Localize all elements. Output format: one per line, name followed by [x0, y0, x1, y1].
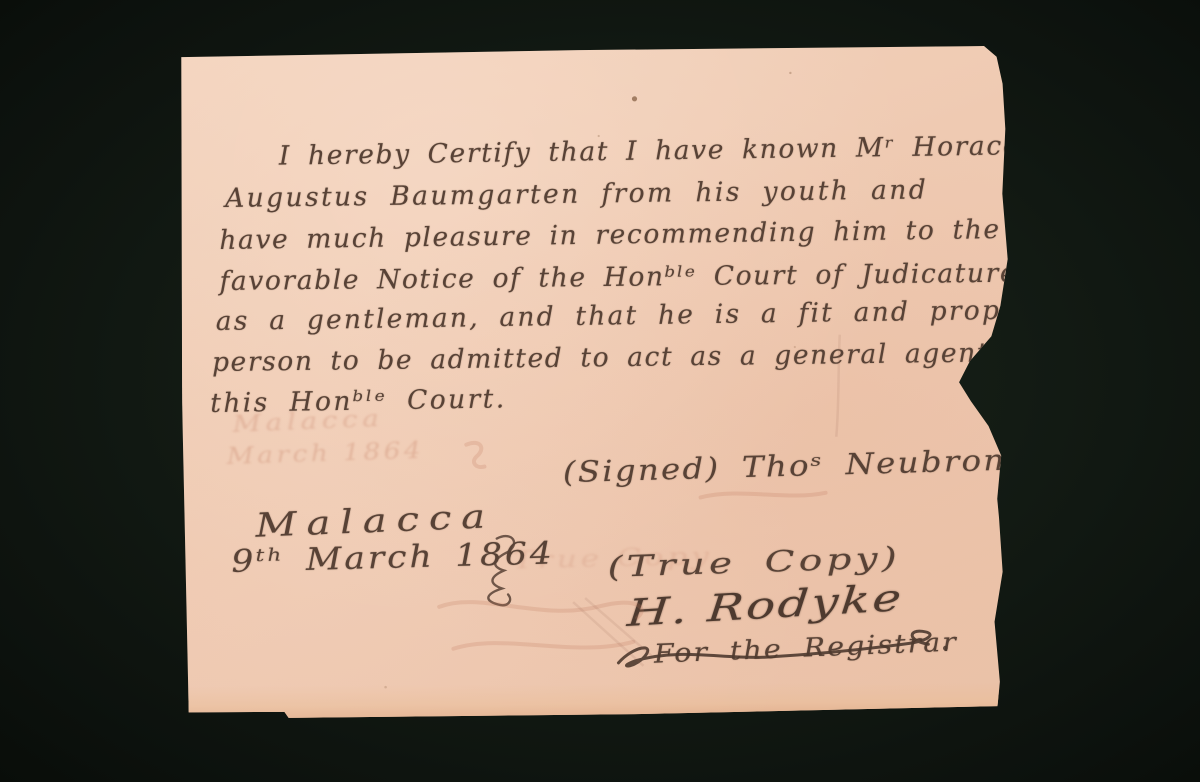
body-text-line-5: as a gentleman, and that he is a fit and…	[216, 295, 1034, 337]
body-text-line-1: I hereby Certify that I have known Mʳ Ho…	[279, 130, 1021, 171]
body-text-line-7: this Honᵇˡᵉ Court.	[210, 383, 507, 419]
body-text-line-6: person to be admitted to act as a genera…	[212, 337, 1035, 378]
registrar-signature: H. Rodyke	[626, 576, 906, 635]
date-line: 9ᵗʰ March 1864	[231, 535, 555, 579]
signed-line: (Signed) Thoˢ Neubronner	[562, 441, 1069, 489]
manuscript-paper: Malacca March 1864 True Copy I hereby Ce…	[178, 44, 1017, 723]
ghost-bleedthrough-line: March 1864	[226, 438, 424, 470]
body-text-line-2: Augustus Baumgarten from his youth and	[225, 174, 928, 214]
body-text-line-4: favorable Notice of the Honᵇˡᵉ Court of …	[219, 258, 1017, 297]
photo-background: Malacca March 1864 True Copy I hereby Ce…	[0, 0, 1200, 782]
registrar-title-line: For the Registrar	[653, 628, 958, 670]
body-text-line-3: have much pleasure in recommending him t…	[219, 214, 1001, 256]
